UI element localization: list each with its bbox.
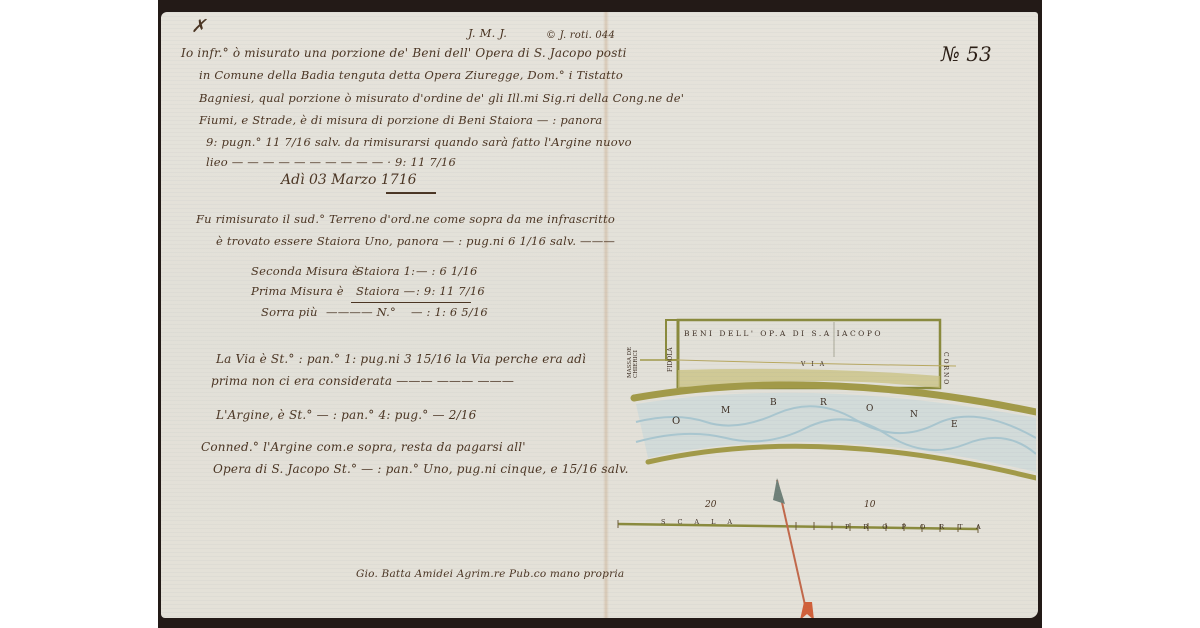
note-line: L'Argine, è St.° — : pan.° 4: pug.° — 2/…: [216, 408, 476, 422]
river-letter: R: [820, 398, 836, 408]
measure-unit: ———— N.°: [326, 305, 396, 319]
measure-label: Prima Misura è: [251, 284, 344, 298]
note-line: prima non ci era considerata ——— ——— ———: [211, 374, 514, 388]
sum-rule: [351, 302, 471, 303]
right-strip-label: CORNO: [942, 352, 949, 392]
measure-label: Sorra più: [261, 305, 318, 319]
measure-label: Seconda Misura è: [251, 264, 359, 278]
scale-word-right: PROPORTA: [845, 523, 995, 531]
conclusion-line: Conned.° l'Argine com.e sopra, resta da …: [201, 440, 526, 454]
river-letter: M: [721, 406, 739, 416]
scale-number-left: 20: [705, 500, 716, 510]
river-letter: E: [951, 420, 967, 430]
intro-line: in Comune della Badia tenguta detta Oper…: [199, 68, 623, 82]
river-letter: B: [770, 398, 786, 408]
manuscript-paper: ✗ J. M. J. © J. roti. 044 № 53 Io infr.°…: [161, 12, 1038, 618]
top-mark-left: ✗: [191, 16, 206, 37]
header-right-note: © J. roti. 044: [546, 30, 615, 41]
intro-line: lieo — — — — — — — — — — · 9: 11 7/16: [206, 155, 456, 169]
note-line: La Via è St.° : pan.° 1: pug.ni 3 15/16 …: [216, 352, 586, 366]
measure-value: — : 1: 6 5/16: [411, 305, 488, 319]
intro-line: Io infr.° ò misurato una porzione de' Be…: [181, 46, 627, 60]
remeasure-line: Fu rimisurato il sud.° Terreno d'ord.ne …: [196, 212, 615, 226]
intro-line: Fiumi, e Strade, è di misura di porzione…: [199, 113, 602, 127]
survey-map: [616, 302, 1036, 618]
remeasure-line: è trovato essere Staiora Uno, panora — :…: [216, 234, 615, 248]
river-letter: O: [866, 404, 882, 414]
measure-value: : 9: 11 7/16: [416, 284, 485, 298]
left-neighbor-label: MASSA DE CHIERICI: [627, 338, 639, 378]
date-underline: [386, 192, 436, 194]
river-letter: O: [672, 416, 689, 427]
road-label: VIA: [801, 361, 830, 368]
measure-unit: Staiora 1:: [356, 264, 415, 278]
left-strip-label: FIDOLA: [667, 332, 674, 372]
scale-word-left: SCALA: [661, 518, 744, 526]
scale-number-right: 10: [864, 500, 875, 510]
folio-number: № 53: [941, 42, 992, 66]
property-label: BENI DELL' OP.A DI S.A IACOPO: [684, 329, 883, 338]
intro-line: 9: pugn.° 11 7/16 salv. da rimisurarsi q…: [206, 135, 632, 149]
measure-value: — : 6 1/16: [416, 264, 477, 278]
river-letter: N: [910, 410, 927, 420]
measure-unit: Staiora —: [356, 284, 415, 298]
date-heading: Adì 03 Marzo 1716: [281, 172, 417, 188]
header-jmj: J. M. J.: [468, 26, 507, 40]
intro-line: Bagniesi, qual porzione ò misurato d'ord…: [199, 91, 684, 105]
conclusion-line: Opera di S. Jacopo St.° — : pan.° Uno, p…: [213, 462, 629, 476]
surveyor-signature: Gio. Batta Amidei Agrim.re Pub.co mano p…: [356, 568, 624, 580]
